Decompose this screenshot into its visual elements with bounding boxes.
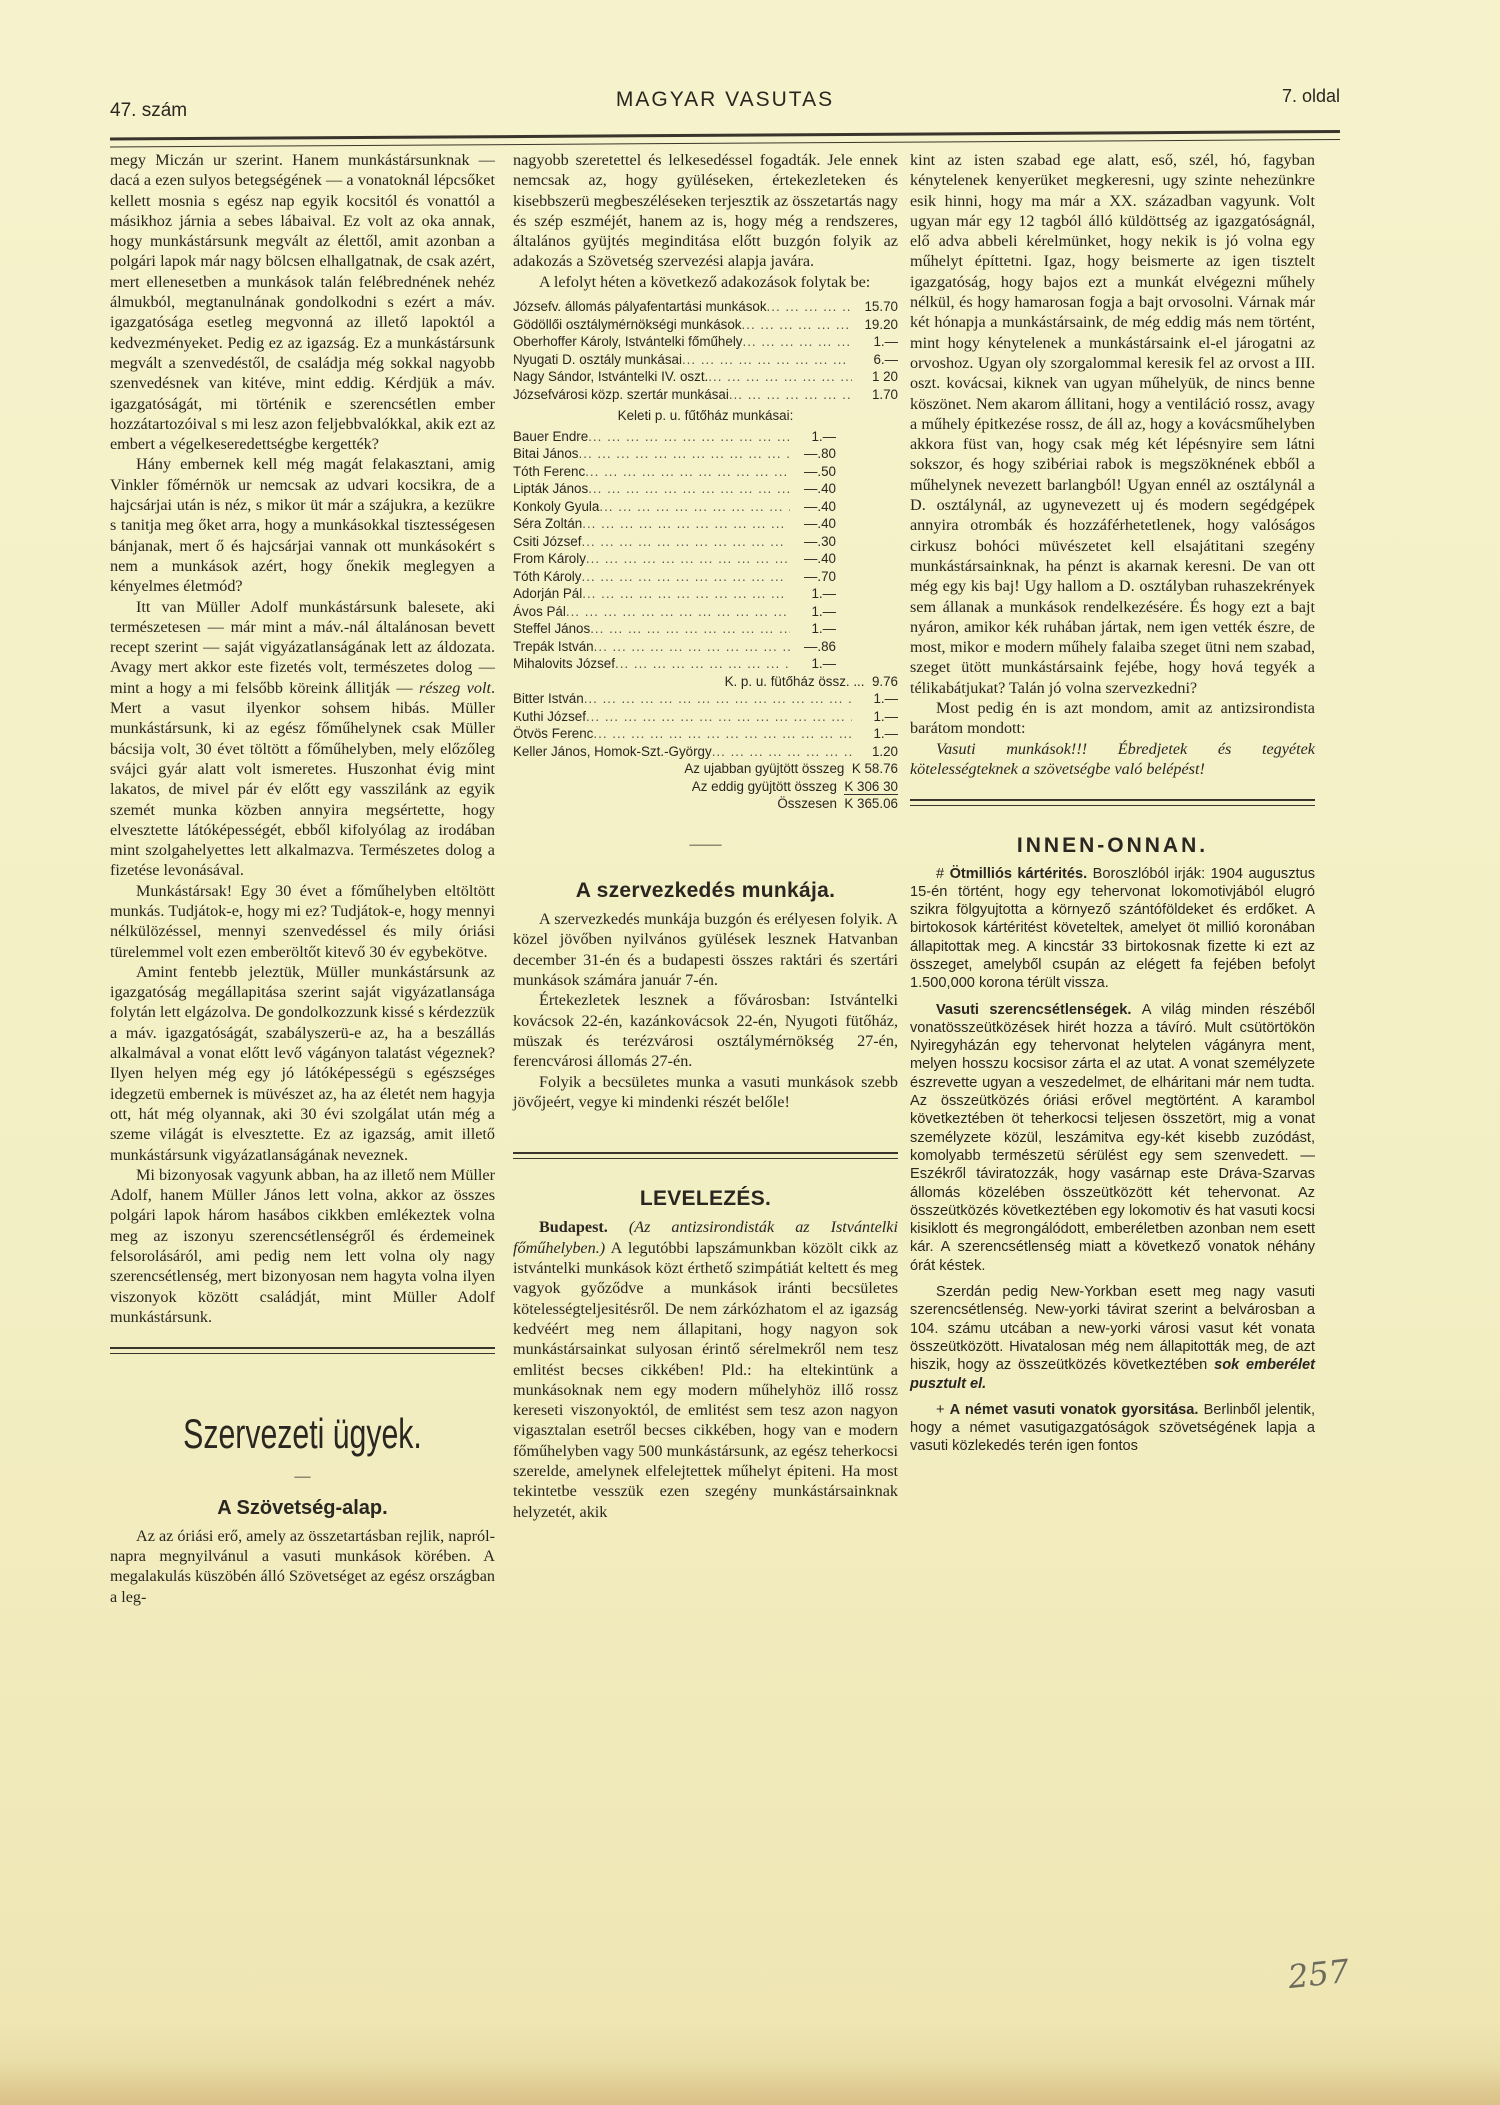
ledger-row: Gödöllői osztálymérnökségi munkások19.20 (513, 316, 898, 334)
closing-appeal: Vasuti munkások!!! Ébredjetek és tegyéte… (910, 739, 1315, 780)
ledger-row: Oberhoffer Károly, Istvántelki főműhely1… (513, 333, 898, 351)
ledger-row: Konkoly Gyula—.40 (513, 498, 898, 516)
article-body: megy Miczán ur szerint. Hanem munkástárs… (110, 150, 495, 1327)
ledger-row: Józsefvárosi közp. szertár munkásai1.70 (513, 386, 898, 404)
news-item: + A német vasuti vonatok gyorsitása. Ber… (910, 1401, 1315, 1456)
ledger-row: Nyugati D. osztály munkásai6.— (513, 351, 898, 369)
ledger-row: Adorján Pál1.— (513, 585, 898, 603)
keleti-list: Bauer Endre1.—Bitai János—.80Tóth Ferenc… (513, 428, 898, 673)
paragraph: A szervezkedés munkája buzgón és erélyes… (513, 909, 898, 990)
ledger-row: Steffel János1.— (513, 620, 898, 638)
keleti-heading: Keleti p. u. fűtőház munkásai: (513, 407, 898, 425)
ledger-row: Bitai János—.80 (513, 445, 898, 463)
ledger-row: From Károly—.40 (513, 550, 898, 568)
ledger-row: Keller János, Homok-Szt.-György1.20 (513, 743, 898, 761)
ledger-row: Nagy Sándor, Istvántelki IV. oszt.1 20 (513, 368, 898, 386)
ledger-row: Lipták János—.40 (513, 480, 898, 498)
ledger-row: Bitter István1.— (513, 690, 898, 708)
news-item: # Ötmilliós kártérités. Boroszlóból irjá… (910, 865, 1315, 993)
ledger-row: Bauer Endre1.— (513, 428, 898, 446)
section-divider (513, 1152, 898, 1159)
column-2: nagyobb szeretettel és lelkesedéssel fog… (513, 150, 898, 1522)
page-number: 7. oldal (1282, 86, 1340, 107)
ledger-row: Kuthi József1.— (513, 708, 898, 726)
page-header: 47. szám MAGYAR VASUTAS 7. oldal (110, 86, 1340, 130)
column-1: megy Miczán ur szerint. Hanem munkástárs… (110, 150, 495, 1607)
donation-list: Józsefv. állomás pályafentartási munkáso… (513, 298, 898, 403)
paragraph: Folyik a becsületes munka a vasuti munká… (513, 1072, 898, 1113)
news-items: # Ötmilliós kártérités. Boroszlóból irjá… (910, 865, 1315, 1456)
new-total: Az ujabban gyüjtött összeg K 58.76 (513, 760, 898, 778)
ledger-row: Séra Zoltán—.40 (513, 515, 898, 533)
letters-continued: kint az isten szabad ege alatt, eső, szé… (910, 150, 1315, 739)
letters-title: LEVELEZÉS. (513, 1189, 898, 1209)
ledger-row: Trepák István—.86 (513, 638, 898, 656)
news-item: Vasuti szerencsétlenségek. A világ minde… (910, 1001, 1315, 1275)
section-divider (910, 799, 1315, 806)
keleti-total: K. p. u. fütőház össz. ... 9.76 (513, 673, 898, 691)
org-body: A szervezkedés munkája buzgón és erélyes… (513, 909, 898, 1112)
subsection-text: Az az óriási erő, amely az összetartásba… (110, 1526, 495, 1607)
ledger-row: Mihalovits József1.— (513, 655, 898, 673)
donation-ledger: Józsefv. állomás pályafentartási munkáso… (513, 298, 898, 813)
paragraph: Amint fentebb jeleztük, Müller munkástár… (110, 962, 495, 1165)
news-item: Szerdán pedig New-Yorkban esett meg nagy… (910, 1283, 1315, 1393)
subsection-title: A Szövetség-alap. (110, 1498, 495, 1518)
paragraph: nagyobb szeretettel és lelkesedéssel fog… (513, 150, 898, 272)
paragraph: Munkástársak! Egy 30 évet a főműhelyben … (110, 881, 495, 962)
other-donations: Bitter István1.—Kuthi József1.—Ötvös Fer… (513, 690, 898, 760)
paragraph: Értekezletek lesznek a fővárosban: Istvá… (513, 990, 898, 1071)
paragraph: Hány embernek kell még magát felakasztan… (110, 454, 495, 596)
ledger-row: Józsefv. állomás pályafentartási munkáso… (513, 298, 898, 316)
news-title: INNEN-ONNAN. (910, 836, 1315, 856)
newspaper-page: 47. szám MAGYAR VASUTAS 7. oldal megy Mi… (0, 0, 1500, 2105)
ledger-row: Tóth Károly—.70 (513, 568, 898, 586)
separator: —— (513, 835, 898, 855)
previous-total: Az eddig gyüjtött összeg K 306 30 (513, 778, 898, 796)
paragraph: A lefolyt héten a következő adakozások f… (513, 272, 898, 292)
title-dash: — (110, 1467, 495, 1487)
ledger-row: Ávos Pál1.— (513, 603, 898, 621)
ledger-row: Csiti József—.30 (513, 533, 898, 551)
handwritten-page-number: 257 (1286, 1952, 1351, 1996)
masthead: MAGYAR VASUTAS (110, 88, 1340, 112)
paragraph: megy Miczán ur szerint. Hanem munkástárs… (110, 150, 495, 454)
header-rule (110, 130, 1340, 148)
section-divider (110, 1347, 495, 1354)
ledger-row: Ötvös Ferenc1.— (513, 725, 898, 743)
paper-edge (0, 2065, 1500, 2105)
ledger-row: Tóth Ferenc—.50 (513, 463, 898, 481)
section-title: Szervezeti ügyek. (164, 1409, 441, 1459)
column-3: kint az isten szabad ege alatt, eső, szé… (910, 150, 1315, 1464)
paragraph: kint az isten szabad ege alatt, eső, szé… (910, 150, 1315, 698)
letters-body: Budapest. (Az antizsirondisták az István… (513, 1217, 898, 1521)
grand-total: Összesen K 365.06 (513, 795, 898, 813)
paragraph: Most pedig én is azt mondom, amit az ant… (910, 698, 1315, 739)
paragraph: Mi bizonyosak vagyunk abban, ha az illet… (110, 1165, 495, 1327)
org-title: A szervezkedés munkája. (513, 881, 898, 901)
fund-intro: nagyobb szeretettel és lelkesedéssel fog… (513, 150, 898, 292)
paragraph: Itt van Müller Adolf munkástársunk bales… (110, 597, 495, 881)
